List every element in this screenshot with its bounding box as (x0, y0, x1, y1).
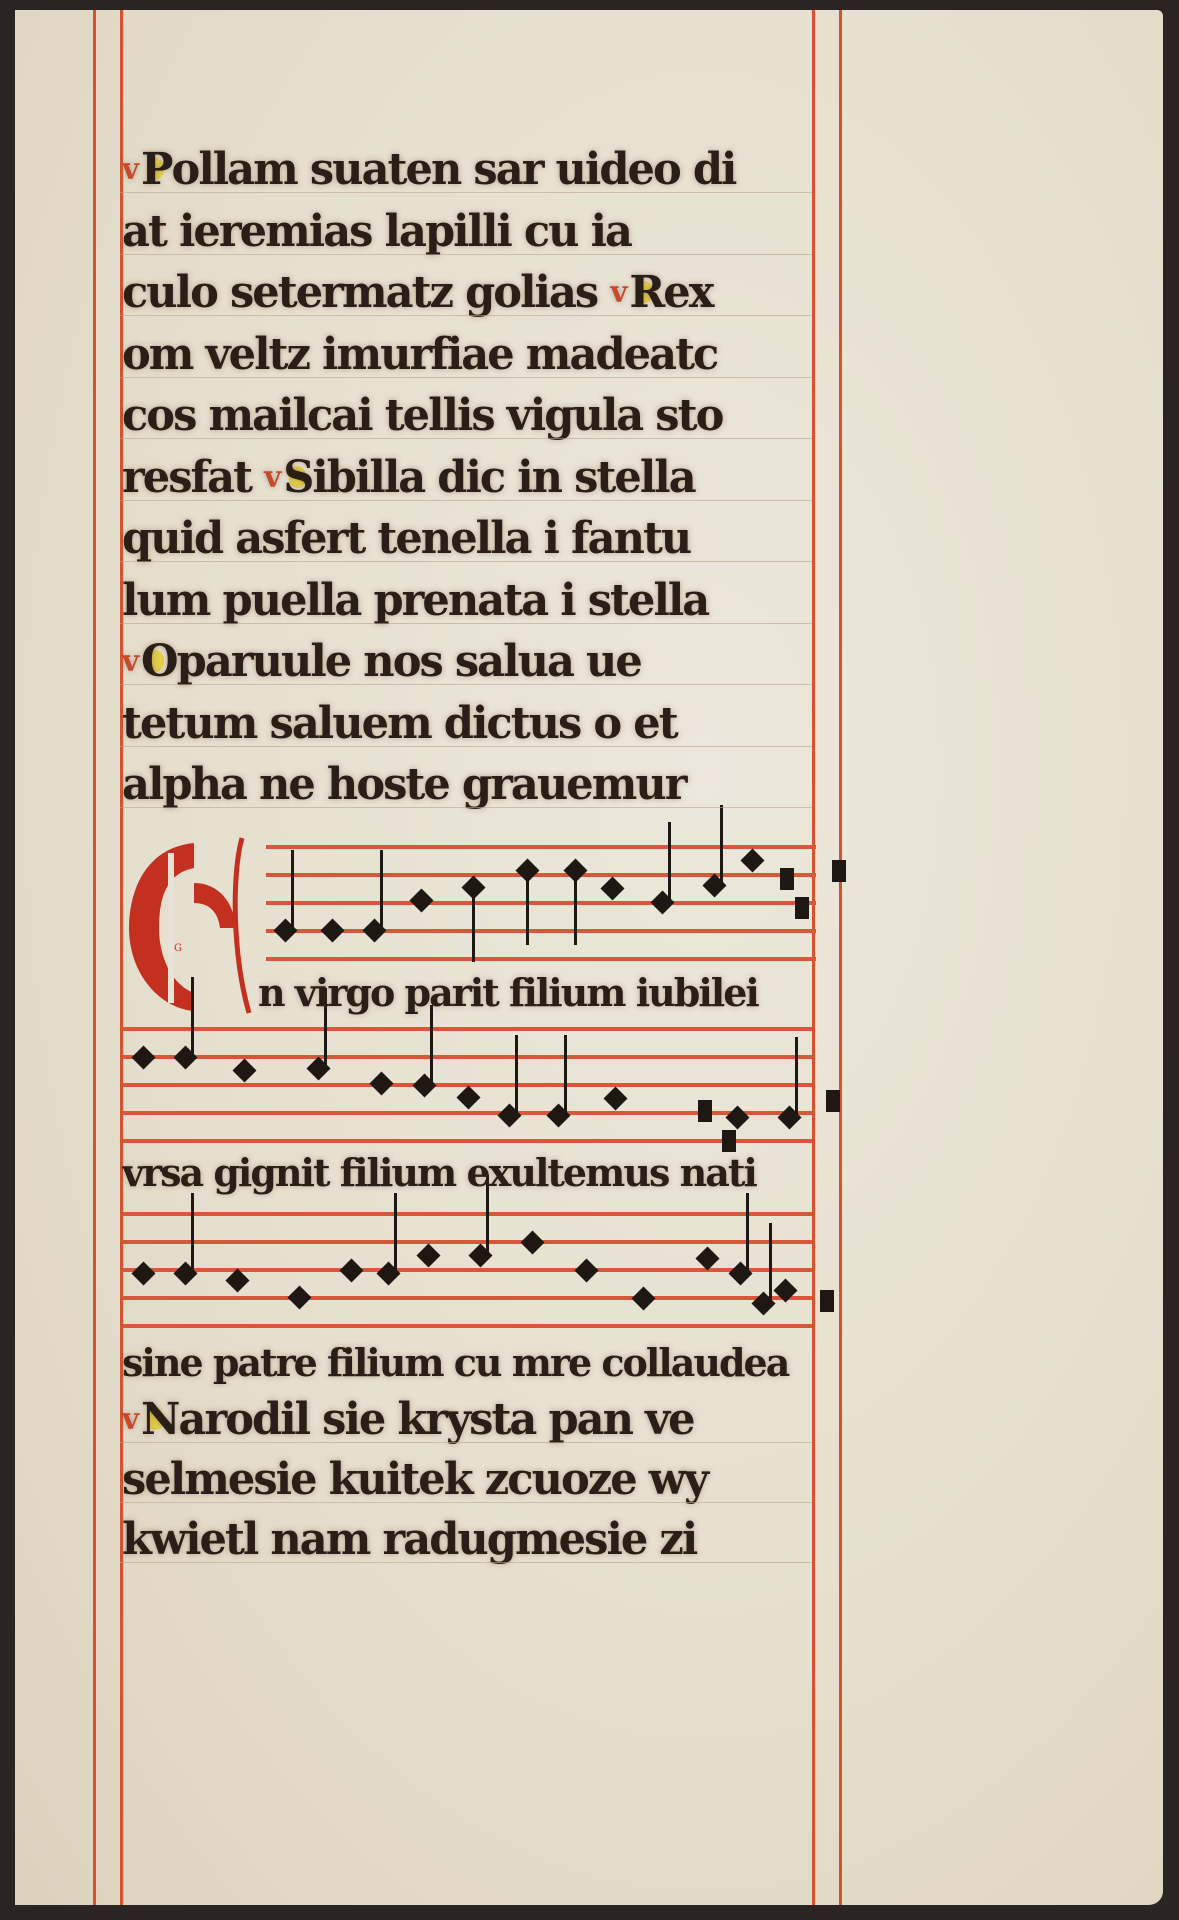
staff-line (266, 929, 816, 933)
staff-line (122, 1027, 812, 1031)
custos-mark (780, 868, 794, 890)
ruling-line (120, 623, 812, 624)
text-line: om veltz imurfiae madeatc (122, 325, 798, 385)
staff-line (266, 873, 816, 877)
note-stem (574, 870, 577, 945)
note-stem (720, 805, 723, 885)
lyric-line: sine patre filium cu mre collaudea (122, 1338, 812, 1388)
line-text: alpha ne hoste grauemur (122, 759, 686, 810)
ruling-line (120, 438, 812, 439)
staff-line (266, 901, 816, 905)
line-text: quid asfert tenella i fantu (122, 513, 690, 564)
text-line: cos mailcai tellis vigula sto (122, 386, 798, 446)
note-stem (795, 1037, 798, 1117)
highlighted-capital: S (283, 448, 312, 508)
highlighted-capital: R (629, 263, 663, 323)
line-text: arodil sie krysta pan ve (179, 1394, 694, 1445)
line-text: culo setermatz golias (122, 267, 597, 318)
rubric-versicle-mark: v (610, 275, 625, 310)
staff-line (122, 1212, 812, 1216)
note-stem (472, 887, 475, 962)
staff-line (122, 1324, 812, 1328)
line-text: ollam suaten sar uideo di (172, 144, 736, 195)
note-stem (515, 1035, 518, 1115)
lyric-line: n virgo parit filium iubilei (258, 968, 812, 1018)
staff-line (122, 1055, 812, 1059)
text-line: vNarodil sie krysta pan ve (122, 1390, 798, 1450)
right-outer-ruling (839, 10, 842, 1905)
rubric-versicle-mark: v (122, 152, 137, 187)
text-line: kwietl nam radugmesie zi (122, 1510, 798, 1570)
ruling-line (120, 746, 812, 747)
text-line: selmesie kuitek zcuoze wy (122, 1450, 798, 1510)
staff-line (122, 1240, 812, 1244)
ruling-line (120, 807, 812, 808)
ruling-line (120, 315, 812, 316)
svg-text:G: G (174, 943, 182, 954)
ruling-line (120, 684, 812, 685)
note-stem (668, 822, 671, 902)
lyric-line: vrsa gignit filium exultemus nati (122, 1148, 812, 1198)
note-stem (564, 1035, 567, 1115)
text-line: culo setermatz golias vRex (122, 263, 798, 323)
custos-mark (826, 1090, 840, 1112)
highlighted-capital: O (141, 632, 177, 692)
note-stem (769, 1223, 772, 1303)
note-stem (291, 850, 294, 930)
staff-line (266, 845, 816, 849)
highlighted-capital: P (141, 140, 171, 200)
left-outer-ruling (93, 10, 96, 1905)
custos-mark (795, 897, 809, 919)
note-stem (394, 1193, 397, 1273)
note-stem (380, 850, 383, 930)
text-line: vPollam suaten sar uideo di (122, 140, 798, 200)
text-line: quid asfert tenella i fantu (122, 509, 798, 569)
line-text: selmesie kuitek zcuoze wy (122, 1454, 707, 1505)
highlighted-capital: N (141, 1390, 178, 1450)
text-line: lum puella prenata i stella (122, 571, 798, 631)
staff-line (266, 957, 816, 961)
text-line: vOparuule nos salua ue (122, 632, 798, 692)
line-text: tetum saluem dictus o et (122, 698, 677, 749)
note-stem (746, 1193, 749, 1273)
rubric-versicle-mark: v (122, 644, 137, 679)
text-line: resfat vSibilla dic in stella (122, 448, 798, 508)
custos-mark (698, 1100, 712, 1122)
line-text: cos mailcai tellis vigula sto (122, 390, 722, 441)
ruling-line (120, 561, 812, 562)
line-text: om veltz imurfiae madeatc (122, 329, 717, 380)
ruling-line (120, 1562, 812, 1563)
rubric-versicle-mark: v (122, 1402, 137, 1437)
note-stem (191, 977, 194, 1057)
line-text: kwietl nam radugmesie zi (122, 1514, 696, 1565)
ruling-line (120, 500, 812, 501)
line-text: ex (663, 267, 712, 318)
ruling-line (120, 1442, 812, 1443)
staff-line (122, 1296, 812, 1300)
custos-mark (832, 860, 846, 882)
ruling-line (120, 377, 812, 378)
ruling-line (120, 1502, 812, 1503)
staff-line (122, 1139, 812, 1143)
line-text: at ieremias lapilli cu ia (122, 206, 631, 257)
line-text: paruule nos salua ue (177, 636, 641, 687)
ruling-line (120, 254, 812, 255)
decorated-initial-g: G (124, 833, 254, 1018)
line-text: ibilla dic in stella (312, 452, 694, 503)
line-text: lum puella prenata i stella (122, 575, 708, 626)
ruling-line (120, 192, 812, 193)
note-stem (191, 1193, 194, 1273)
custos-mark (820, 1290, 834, 1312)
text-line: alpha ne hoste grauemur (122, 755, 798, 815)
note-stem (526, 870, 529, 945)
text-line: at ieremias lapilli cu ia (122, 202, 798, 262)
line-text: resfat (122, 452, 251, 503)
rubric-versicle-mark: v (264, 460, 279, 495)
text-line: tetum saluem dictus o et (122, 694, 798, 754)
